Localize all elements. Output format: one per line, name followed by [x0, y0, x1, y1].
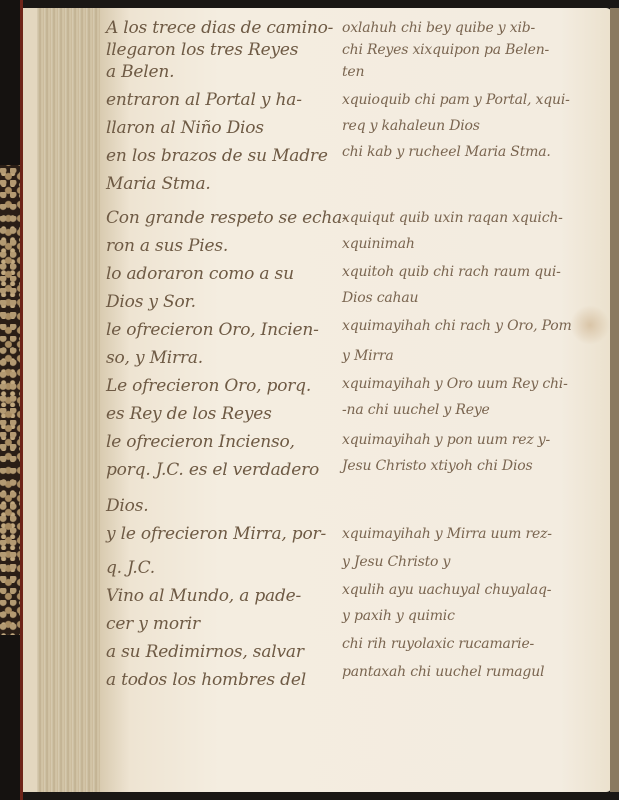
spanish-line: en los brazos de su Madre [106, 146, 328, 166]
spanish-line: cer y morir [106, 614, 200, 634]
spanish-line: entraron al Portal y ha- [106, 90, 302, 110]
spanish-line: a todos los hombres del [106, 670, 306, 690]
spanish-line: es Rey de los Reyes [106, 404, 272, 424]
spanish-line: a su Redimirnos, salvar [106, 642, 304, 662]
spanish-line: lo adoraron como a su [106, 264, 294, 284]
kiche-line: pantaxah chi uuchel rumagul [342, 664, 544, 680]
kiche-line: chi Reyes xixquipon pa Belen- [342, 42, 549, 58]
kiche-line: y paxih y quimic [342, 608, 455, 624]
paper-stain [570, 305, 610, 345]
spanish-line: y le ofrecieron Mirra, por- [106, 524, 326, 544]
spanish-line: ron a sus Pies. [106, 236, 228, 256]
kiche-line: xquimayihah y pon uum rez y- [342, 432, 550, 448]
spanish-line: llegaron los tres Reyes [106, 40, 298, 60]
kiche-line: -na chi uuchel y Reye [342, 402, 490, 418]
page-stack-margin [23, 8, 37, 792]
page-right-edge [610, 8, 619, 792]
kiche-line: xquioquib chi pam y Portal, xqui- [342, 92, 570, 108]
spanish-line: q. J.C. [106, 558, 155, 578]
kiche-line: y Jesu Christo y [342, 554, 450, 570]
spanish-line: porq. J.C. es el verdadero [106, 460, 319, 480]
cover-shadow-top [0, 0, 22, 165]
kiche-line: xquimayihah y Oro uum Rey chi- [342, 376, 568, 392]
kiche-line: oxlahuh chi bey quibe y xib- [342, 20, 535, 36]
kiche-line: xquitoh quib chi rach raum qui- [342, 264, 561, 280]
kiche-line: Jesu Christo xtiyoh chi Dios [342, 458, 532, 474]
kiche-line: req y kahaleun Dios [342, 118, 480, 134]
kiche-line: y Mirra [342, 348, 394, 364]
kiche-line: xqulih ayu uachuyal chuyalaq- [342, 582, 551, 598]
spanish-line: Dios. [106, 496, 148, 516]
spanish-line: Con grande respeto se echa- [106, 208, 348, 228]
spanish-line: llaron al Niño Dios [106, 118, 264, 138]
kiche-line: xquiqut quib uxin raqan xquich- [342, 210, 563, 226]
kiche-line: xquinimah [342, 236, 415, 252]
spanish-line: a Belen. [106, 62, 174, 82]
spanish-line: Vino al Mundo, a pade- [106, 586, 301, 606]
spanish-line: Maria Stma. [106, 174, 211, 194]
kiche-line: ten [342, 64, 364, 80]
kiche-line: xquimayihah chi rach y Oro, Pom [342, 318, 572, 334]
kiche-line: chi rih ruyolaxic rucamarie- [342, 636, 534, 652]
kiche-line: xquimayihah y Mirra uum rez- [342, 526, 552, 542]
kiche-line: chi kab y rucheel Maria Stma. [342, 144, 551, 160]
spanish-line: Dios y Sor. [106, 292, 196, 312]
spanish-line: so, y Mirra. [106, 348, 203, 368]
kiche-line: Dios cahau [342, 290, 418, 306]
cover-shadow-bottom [0, 635, 22, 800]
spanish-line: A los trece dias de camino- [106, 18, 333, 38]
spanish-line: Le ofrecieron Oro, porq. [106, 376, 311, 396]
spanish-line: le ofrecieron Incienso, [106, 432, 295, 452]
spanish-line: le ofrecieron Oro, Incien- [106, 320, 319, 340]
